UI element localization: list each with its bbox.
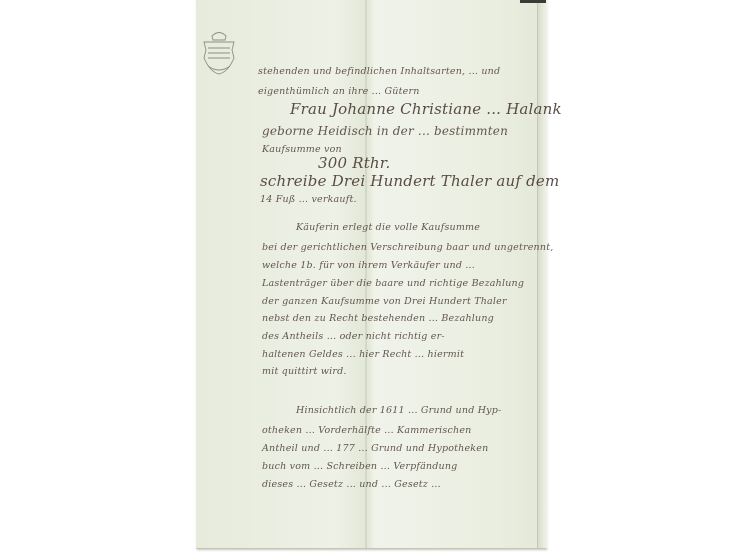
text-line: 14 Fuß ... verkauft. <box>260 194 357 205</box>
text-line: schreibe Drei Hundert Thaler auf dem <box>260 172 559 190</box>
coat-of-arms-stamp-icon <box>198 28 240 76</box>
text-line: des Antheils ... oder nicht richtig er- <box>262 331 445 342</box>
text-line: bei der gerichtlichen Verschreibung baar… <box>262 242 553 253</box>
text-line: Käuferin erlegt die volle Kaufsumme <box>296 222 480 233</box>
page-edge <box>537 0 548 548</box>
text-line: Antheil und ... 177 ... Grund und Hypoth… <box>262 443 488 454</box>
text-line: buch vom ... Schreiben ... Verpfändung <box>262 461 457 472</box>
text-line: stehenden und befindlichen Inhaltsarten,… <box>258 66 500 77</box>
text-line: mit quittirt wird. <box>262 366 347 377</box>
text-line: Lastenträger über die baare und richtige… <box>262 278 524 289</box>
text-line: nebst den zu Recht bestehenden ... Bezah… <box>262 313 494 324</box>
text-line: Frau Johanne Christiane ... Halank <box>290 100 562 118</box>
text-line: geborne Heidisch in der ... bestimmten <box>262 124 508 138</box>
text-line: haltenen Geldes ... hier Recht ... hierm… <box>262 349 464 360</box>
amount-numeric: 300 Rthr. <box>318 154 390 172</box>
text-line: eigenthümlich an ihre ... Gütern <box>258 86 420 97</box>
text-line: welche 1b. für von ihrem Verkäufer und .… <box>262 260 475 271</box>
scan-shadow <box>520 0 546 3</box>
text-line: otheken ... Vorderhälfte ... Kammerische… <box>262 425 471 436</box>
text-line: der ganzen Kaufsumme von Drei Hundert Th… <box>262 296 507 307</box>
text-line: dieses ... Gesetz ... und ... Gesetz ... <box>262 479 441 490</box>
text-line: Hinsichtlich der 1611 ... Grund und Hyp- <box>296 405 501 416</box>
